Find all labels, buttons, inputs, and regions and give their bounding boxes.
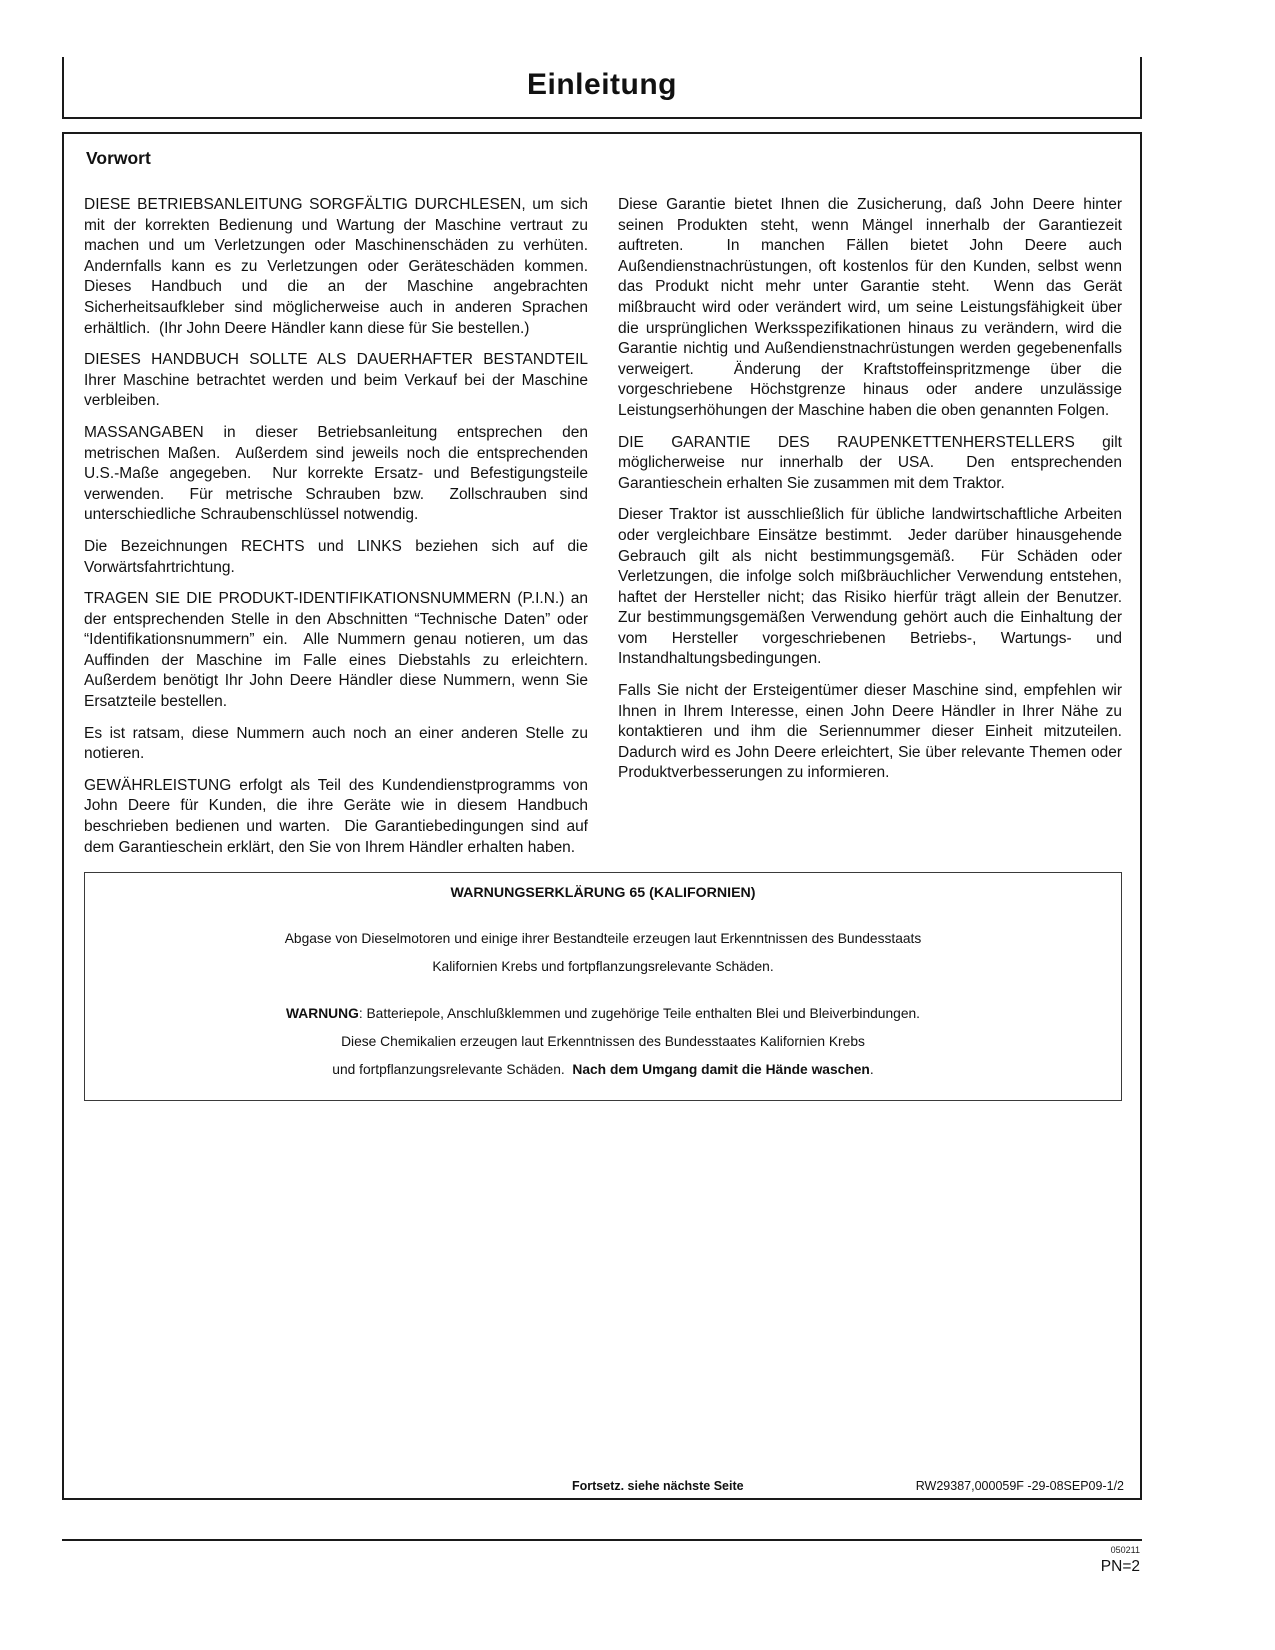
box-footer: Fortsetz. siehe nächste Seite RW29387,00… <box>64 1475 1140 1493</box>
page-number: PN=2 <box>62 1558 1140 1576</box>
paragraph: Die Bezeichnungen RECHTS und LINKS bezie… <box>84 537 588 578</box>
warning-text: . <box>870 1062 874 1077</box>
paragraph: DIESES HANDBUCH SOLLTE ALS DAUERHAFTER B… <box>84 350 588 412</box>
paragraph: MASSANGABEN in dieser Betriebsanleitung … <box>84 423 588 526</box>
warning-line: Kalifornien Krebs und fortpflanzungsrele… <box>105 953 1101 981</box>
warning-line: Diese Chemikalien erzeugen laut Erkenntn… <box>105 1028 1101 1056</box>
paragraph: Diese Garantie bietet Ihnen die Zusicher… <box>618 195 1122 422</box>
paragraph: Falls Sie nicht der Ersteigentümer diese… <box>618 681 1122 784</box>
warning-text: : Batteriepole, Anschlußklemmen und zuge… <box>359 1006 920 1021</box>
two-column-text: DIESE BETRIEBSANLEITUNG SORGFÄLTIG DURCH… <box>84 195 1122 869</box>
warning-line: WARNUNG: Batteriepole, Anschlußklemmen u… <box>105 1000 1101 1028</box>
paragraph: Dieser Traktor ist ausschließlich für üb… <box>618 505 1122 670</box>
warning-line: Abgase von Dieselmotoren und einige ihre… <box>105 925 1101 953</box>
page-meta: 050211 PN=2 <box>62 1545 1142 1576</box>
warning-text: und fortpflanzungsrelevante Schäden. <box>332 1062 572 1077</box>
document-code: RW29387,000059F -29-08SEP09-1/2 <box>916 1479 1124 1493</box>
page-title: Einleitung <box>527 68 677 102</box>
paragraph: DIE GARANTIE DES RAUPENKETTENHERSTELLERS… <box>618 433 1122 495</box>
paragraph: DIESE BETRIEBSANLEITUNG SORGFÄLTIG DURCH… <box>84 195 588 339</box>
manual-page: Einleitung Vorwort DIESE BETRIEBSANLEITU… <box>62 0 1142 1576</box>
content-box: Vorwort DIESE BETRIEBSANLEITUNG SORGFÄLT… <box>62 132 1142 1500</box>
warning-box-title: WARNUNGSERKLÄRUNG 65 (KALIFORNIEN) <box>105 885 1101 901</box>
section-title: Vorwort <box>86 148 1122 169</box>
warning-box: WARNUNGSERKLÄRUNG 65 (KALIFORNIEN) Abgas… <box>84 872 1122 1101</box>
continuation-note: Fortsetz. siehe nächste Seite <box>572 1479 744 1493</box>
warning-line: und fortpflanzungsrelevante Schäden. Nac… <box>105 1056 1101 1084</box>
paragraph: TRAGEN SIE DIE PRODUKT-IDENTIFIKATIONSNU… <box>84 589 588 713</box>
warning-label: WARNUNG <box>286 1006 359 1021</box>
revision-number: 050211 <box>62 1545 1140 1555</box>
paragraph: Es ist ratsam, diese Nummern auch noch a… <box>84 724 588 765</box>
left-column: DIESE BETRIEBSANLEITUNG SORGFÄLTIG DURCH… <box>84 195 588 869</box>
warning-bold-text: Nach dem Umgang damit die Hände waschen <box>572 1062 869 1077</box>
right-column: Diese Garantie bietet Ihnen die Zusicher… <box>618 195 1122 869</box>
page-header: Einleitung <box>62 57 1142 119</box>
bottom-divider <box>62 1539 1142 1541</box>
paragraph: GEWÄHRLEISTUNG erfolgt als Teil des Kund… <box>84 776 588 858</box>
